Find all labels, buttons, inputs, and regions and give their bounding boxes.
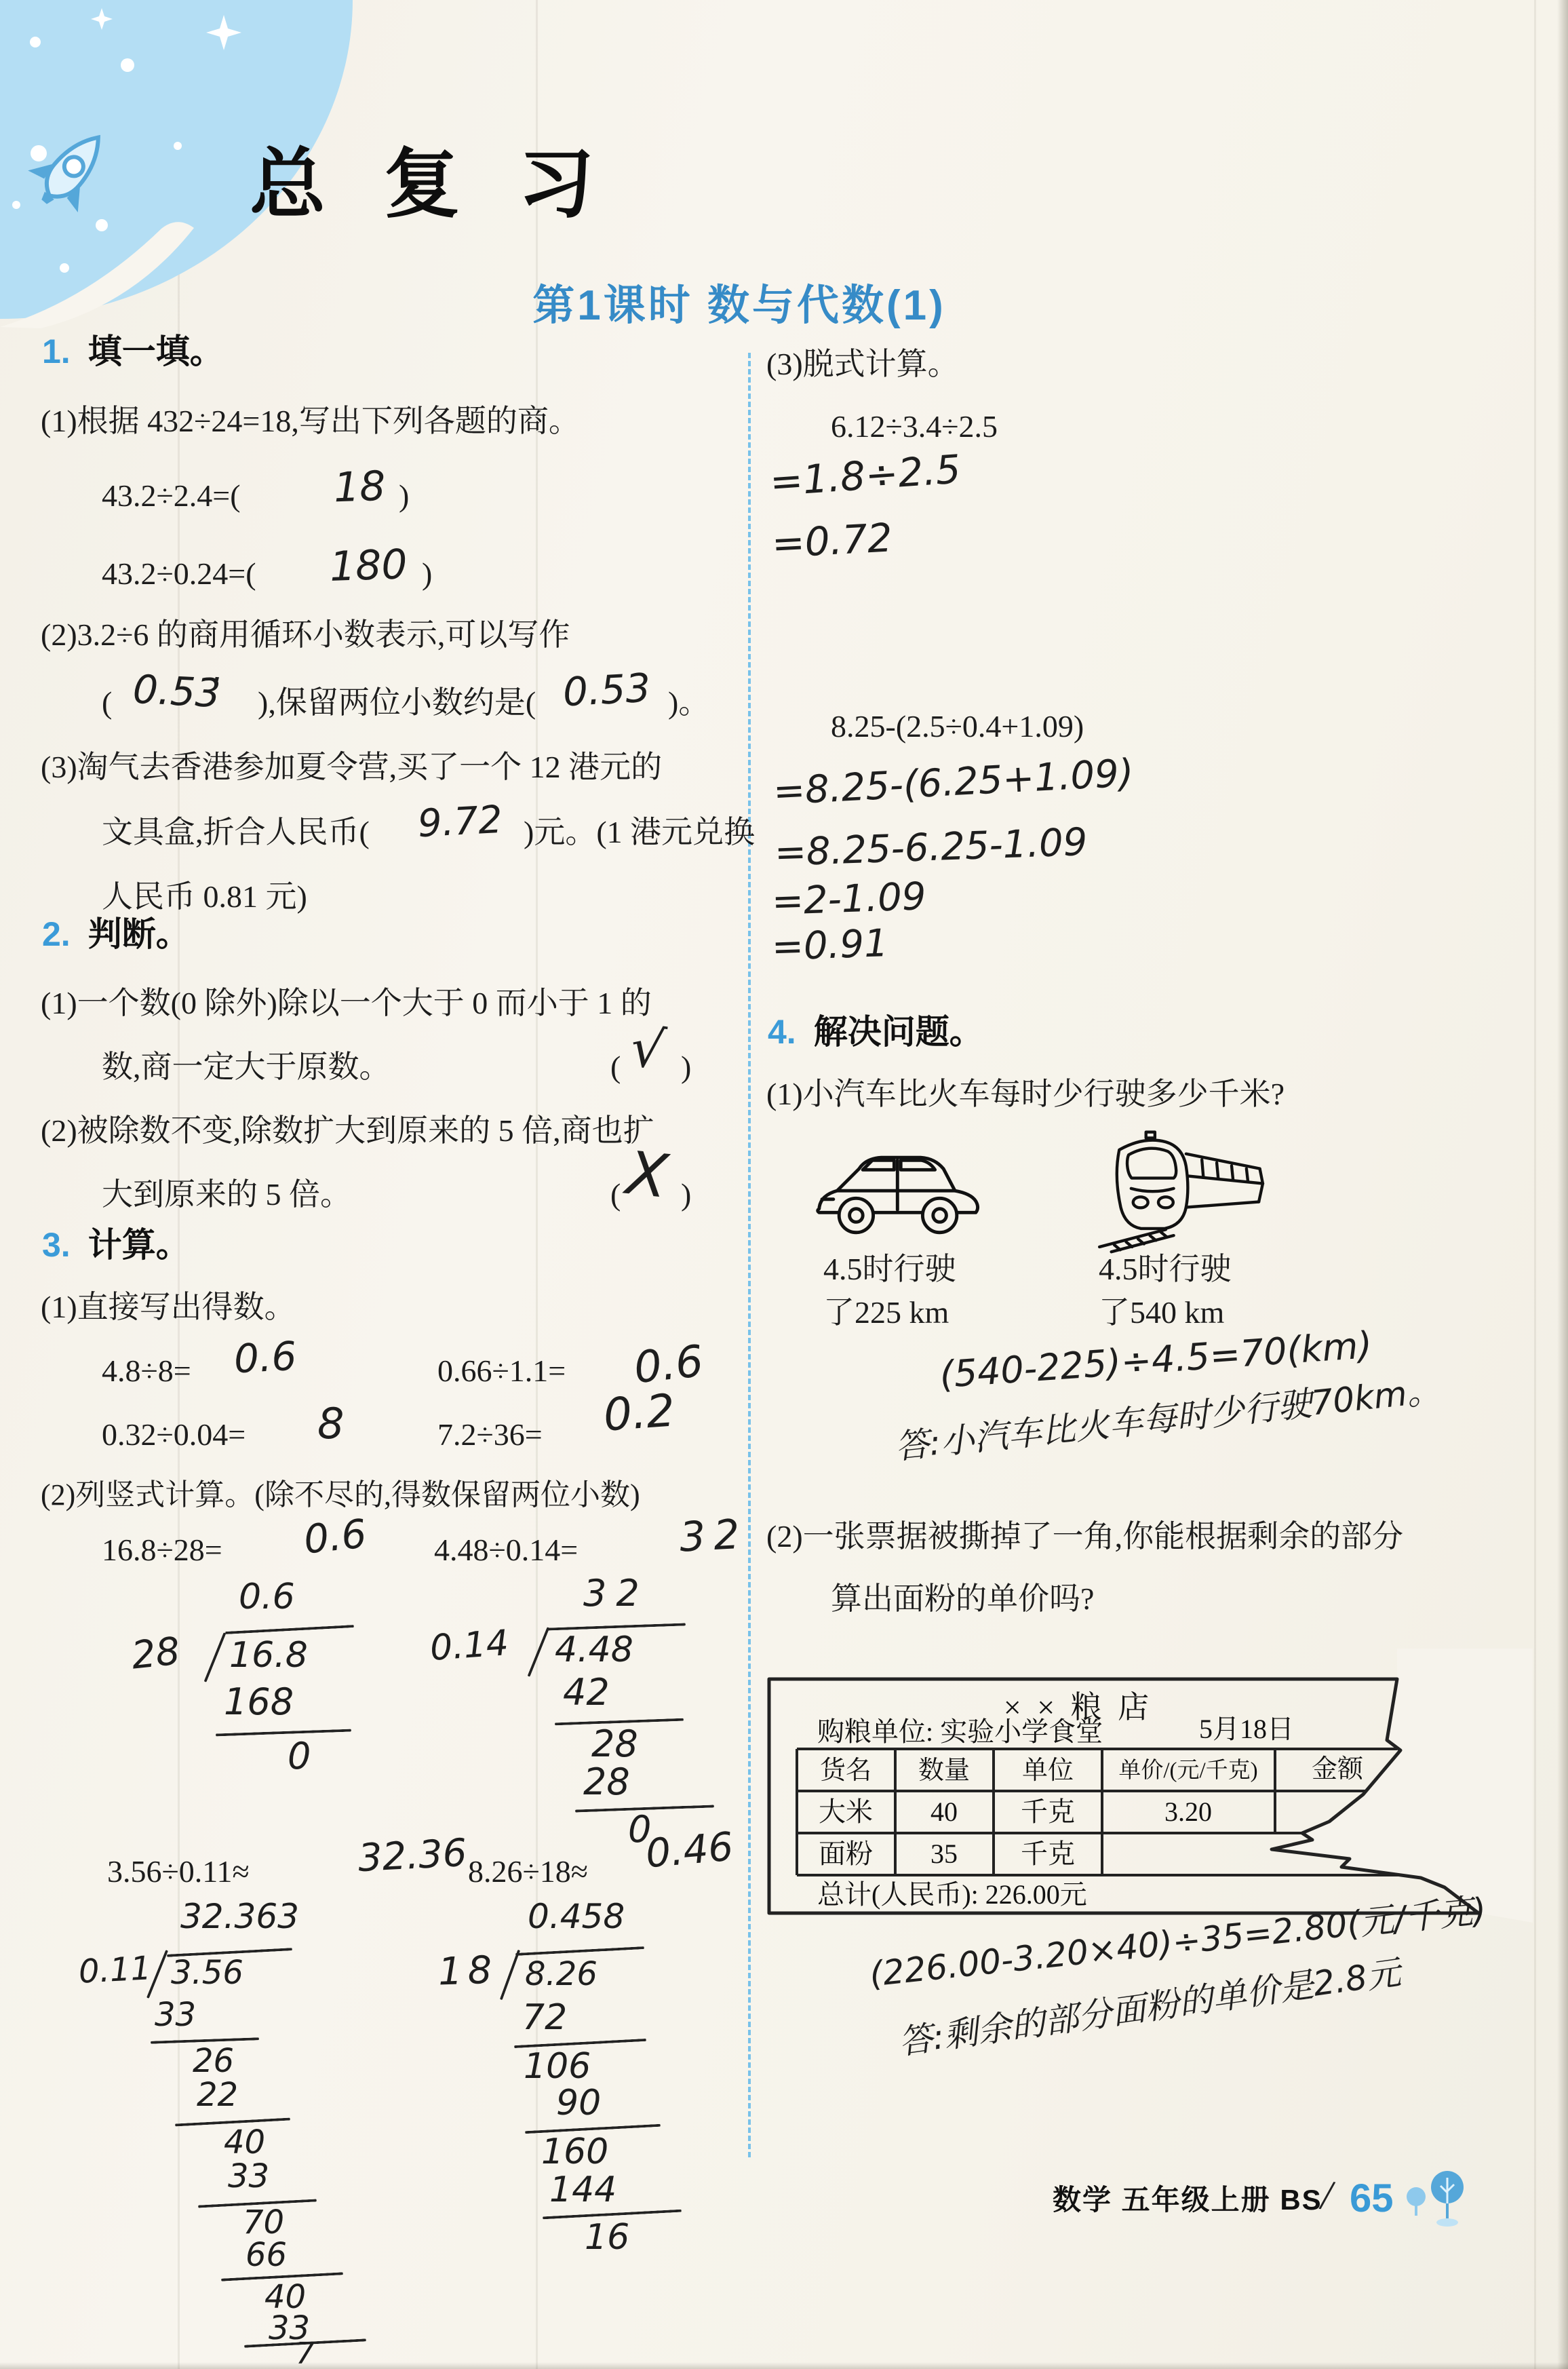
q3-sub2: (2)列竖式计算。(除不尽的,得数保留两位小数) [41, 1480, 640, 1510]
division-row: 66 [246, 2239, 287, 2271]
receipt-total: 总计(人民币): 226.00元 [817, 1879, 1087, 1910]
judge-paren-close: ) [681, 1052, 691, 1083]
q2-header: 2.判断。 [42, 917, 190, 951]
q1-p3-line3: 人民币 0.81 元) [102, 881, 307, 912]
q4-p2-line1: (2)一张票据被撕掉了一角,你能根据剩余的部分 [766, 1521, 1403, 1552]
receipt-cell: 大米 [819, 1796, 873, 1827]
division-row: 33 [155, 1999, 196, 2031]
receipt-col-header: 数量 [918, 1756, 970, 1785]
division-row: 168 [224, 1684, 294, 1720]
car-caption-line1: 4.5时行驶 [823, 1254, 956, 1285]
q1-eq1-close: ) [399, 480, 409, 512]
division-quotient: 32 [583, 1575, 649, 1612]
q1-title: 填一填。 [88, 332, 224, 370]
division-row: 16 [585, 2220, 629, 2255]
receipt-buyer: 购粮单位: 实验小学食堂 [817, 1716, 1103, 1747]
q1-header: 1.填一填。 [42, 334, 224, 368]
division-dividend: 8.26 [525, 1958, 597, 1990]
q1-p2-mid: ),保留两位小数约是( [258, 687, 536, 718]
q3-sub3: (3)脱式计算。 [766, 349, 959, 380]
hw-answer: 9.72 [417, 801, 503, 843]
q3-eq1-pre: 4.8÷8= [102, 1355, 191, 1387]
receipt-col-header: 单价/(元/千克) [1118, 1758, 1257, 1783]
page-edge-shadow [1557, 0, 1568, 2369]
division-quotient: 0.458 [528, 1900, 625, 1933]
hw-cross-mark: X [624, 1143, 671, 1207]
footer-book-info: 数学 五年级上册 BS [1053, 2186, 1322, 2214]
q2-p2-line2: 大到原来的 5 倍。 [102, 1179, 351, 1210]
q3-eq2-pre: 0.66÷1.1= [437, 1355, 566, 1387]
division-dividend: 4.48 [555, 1632, 633, 1668]
page-number: 65 [1350, 2179, 1394, 2218]
torn-corner [1272, 1649, 1533, 1923]
q3-eqB-pre: 4.48÷0.14= [434, 1535, 578, 1566]
division-dividend: 16.8 [229, 1638, 308, 1673]
division-row: 40 [224, 2126, 265, 2159]
division-divisor: 0.14 [429, 1625, 509, 1666]
train-caption-line1: 4.5时行驶 [1099, 1254, 1232, 1285]
q1-eq2-pre: 43.2÷0.24=( [102, 558, 256, 590]
division-divisor: 18 [437, 1951, 498, 1991]
receipt-date: 5月18日 [1199, 1714, 1294, 1744]
footer-slash: / [1318, 2173, 1337, 2218]
q3-eq4-pre: 7.2÷36= [437, 1419, 543, 1450]
receipt-cell: 3.20 [1164, 1796, 1212, 1827]
receipt-cell: 千克 [1021, 1838, 1075, 1869]
division-row: 40 [264, 2281, 306, 2313]
hw-answer: 0.6 [302, 1514, 368, 1559]
receipt-col-header: 货名 [820, 1756, 871, 1785]
division-row: 28 [583, 1764, 630, 1800]
receipt-col-header: 金额 [1312, 1755, 1364, 1784]
receipt-col-header: 单位 [1022, 1756, 1074, 1785]
hw-step: =8.25-(6.25+1.09) [772, 754, 1135, 811]
hw-step: =2-1.09 [771, 878, 926, 921]
hw-answer: 0.53 [562, 668, 652, 712]
train-caption-line2: 了540 km [1099, 1297, 1224, 1328]
hw-answer: 0.6 [233, 1336, 298, 1379]
division-row: 160 [541, 2134, 608, 2170]
division-bracket [500, 1950, 520, 2001]
hw-answer: 180 [329, 544, 408, 588]
hw-answer: 32 [678, 1514, 748, 1558]
hw-step: =0.91 [771, 925, 888, 967]
division-row: 70 [243, 2206, 284, 2239]
q1-p3-line1: (3)淘气去香港参加夏令营,买了一个 12 港元的 [41, 752, 662, 783]
q3-eqA-pre: 16.8÷28= [102, 1535, 222, 1566]
q1-p2-line1: (2)3.2÷6 的商用循环小数表示,可以写作 [41, 619, 570, 651]
q2-p1-line1: (1)一个数(0 除外)除以一个大于 0 而小于 1 的 [41, 988, 652, 1019]
division-row: 28 [591, 1726, 638, 1763]
paper-crease [1534, 0, 1536, 2369]
division-row: 72 [522, 2000, 567, 2035]
q1-p3-line2-post: )元。(1 港元兑换 [524, 817, 755, 848]
q2-title: 判断。 [88, 915, 190, 953]
q1-p1-text: (1)根据 432÷24=18,写出下列各题的商。 [41, 406, 580, 437]
hw-answer: 32.36 [357, 1834, 468, 1878]
car-caption-line2: 了225 km [823, 1297, 949, 1328]
hw-answer: 18 [333, 466, 386, 509]
hw-check-mark: √ [627, 1021, 668, 1078]
receipt-cell: 千克 [1021, 1796, 1075, 1827]
q1-p2-close: )。 [668, 687, 709, 718]
q1-eq2-close: ) [422, 558, 432, 590]
q4-number: 4. [768, 1013, 796, 1051]
q4-p2-line2: 算出面粉的单价吗? [831, 1583, 1094, 1615]
hw-answer: 0.53̇ [132, 670, 222, 714]
q3-sub1: (1)直接写出得数。 [41, 1292, 296, 1323]
car-illustration [812, 1128, 979, 1250]
division-dividend: 3.56 [171, 1957, 243, 1989]
q3-title: 计算。 [88, 1226, 190, 1264]
hw-answer: 0.6 [632, 1340, 705, 1390]
q2-p2-line1: (2)被除数不变,除数扩大到原来的 5 倍,商也扩 [41, 1115, 654, 1147]
trees-icon [1401, 2165, 1483, 2230]
receipt-cell: 35 [930, 1838, 958, 1869]
q2-p1-line2: 数,商一定大于原数。 [102, 1052, 391, 1083]
q3-probB: 8.25-(2.5÷0.4+1.09) [831, 711, 1084, 742]
division-divisor: 28 [130, 1632, 182, 1675]
q4-header: 4.解决问题。 [768, 1015, 983, 1049]
division-rule [515, 1946, 644, 1956]
division-row: 90 [556, 2085, 601, 2121]
division-row: 144 [549, 2172, 616, 2208]
judge-paren-open: ( [610, 1052, 621, 1083]
q1-p3-line2-pre: 文具盒,折合人民币( [102, 817, 370, 848]
judge-paren-open: ( [610, 1179, 621, 1210]
division-quotient: 0.6 [239, 1579, 295, 1615]
division-row: 106 [524, 2049, 591, 2084]
division-quotient: 32.363 [180, 1900, 299, 1933]
division-rule [216, 1729, 351, 1737]
hw-answer: 0.2 [602, 1388, 676, 1438]
division-rule [225, 1625, 354, 1634]
division-divisor: 0.11 [78, 1952, 152, 1988]
division-bracket [528, 1627, 550, 1677]
division-row: 26 [193, 2045, 234, 2077]
q3-eq3-pre: 0.32÷0.04= [102, 1419, 246, 1450]
hw-answer: 0.46 [644, 1826, 735, 1873]
q1-number: 1. [42, 332, 71, 370]
page-title: 总复习 [250, 123, 652, 233]
judge-paren-close: ) [681, 1179, 691, 1210]
receipt-cell: 面粉 [819, 1838, 873, 1869]
q3-probA: 6.12÷3.4÷2.5 [831, 411, 998, 442]
workbook-page: 总复习 第1课时 数与代数(1) 1.填一填。 (1)根据 432÷24=18,… [0, 0, 1568, 2369]
hw-step: =8.25-6.25-1.09 [774, 824, 1088, 872]
q3-eqC-pre: 3.56÷0.11≈ [107, 1856, 250, 1887]
receipt-table: × × 粮 店 购粮单位: 实验小学食堂 5月18日 货名 数量 单位 单价/(… [760, 1649, 1533, 1927]
receipt-cell: 40 [930, 1796, 958, 1827]
division-row: 22 [197, 2079, 238, 2111]
q3-eqD-pre: 8.26÷18≈ [468, 1856, 588, 1887]
division-bracket [204, 1632, 227, 1682]
q2-number: 2. [42, 915, 71, 953]
lesson-title: 第1课时 数与代数(1) [420, 271, 1058, 332]
division-row: 0 [288, 1738, 311, 1775]
q1-eq1-pre: 43.2÷2.4=( [102, 480, 241, 512]
column-divider [748, 353, 751, 2157]
q3-number: 3. [42, 1226, 71, 1264]
hw-step: =0.72 [771, 518, 894, 563]
q1-p2-open: ( [102, 687, 112, 718]
hw-step: =1.8÷2.5 [768, 449, 962, 502]
division-row: 42 [563, 1674, 610, 1711]
page-edge-shadow [0, 2362, 1568, 2369]
division-row: 33 [228, 2160, 269, 2193]
q3-header: 3.计算。 [42, 1228, 190, 1262]
hw-answer: 8 [317, 1403, 344, 1445]
q4-title: 解决问题。 [814, 1013, 983, 1051]
